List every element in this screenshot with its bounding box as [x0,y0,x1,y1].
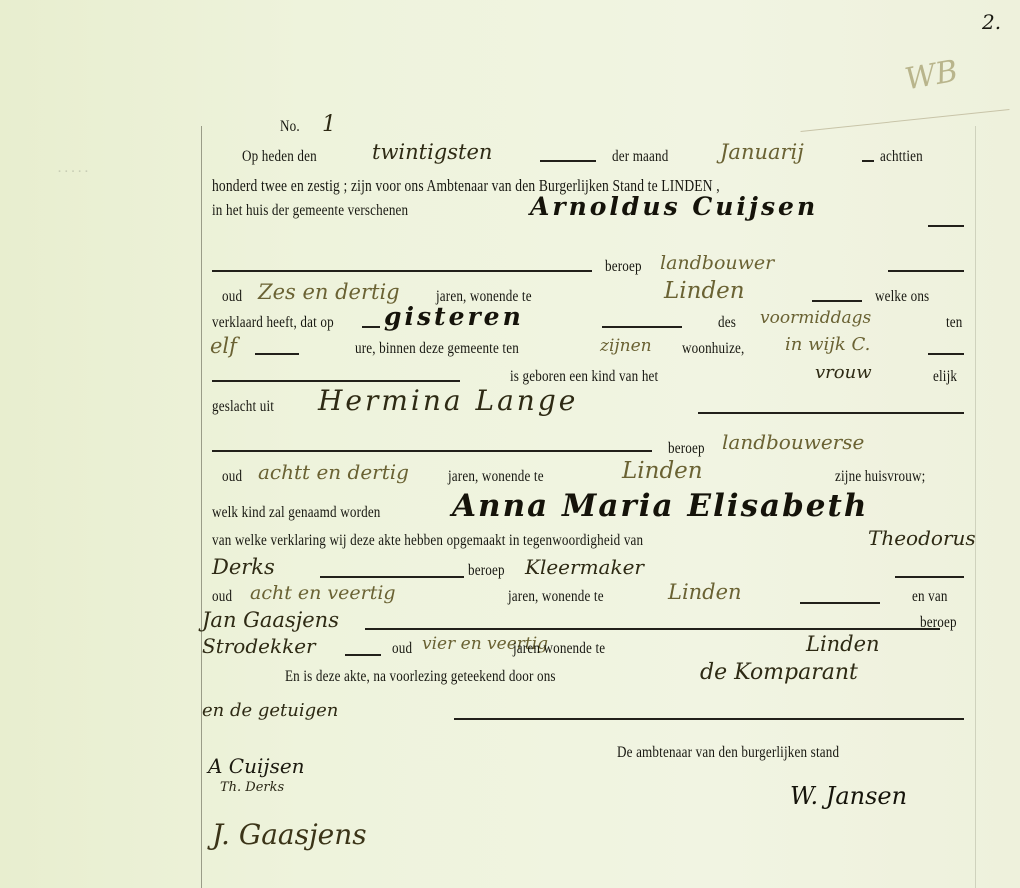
signature-official: W. Jansen [790,782,907,810]
fill-rule [320,576,464,578]
text-beroep: beroep [668,440,705,458]
fill-rule [540,160,596,162]
text-oud: oud [222,288,242,306]
hand-witness1-age: acht en veertig [250,582,396,604]
fill-rule [862,160,874,162]
hand-sex: vrouw [815,362,872,383]
text-der-maand: der maand [612,148,668,166]
fill-rule [365,628,940,630]
fill-rule [212,270,592,272]
text-jaren-wonende: jaren, wonende te [448,468,544,486]
paper-background [0,0,1020,888]
fill-rule [602,326,682,328]
hand-declarant-name: Arnoldus Cuijsen [530,192,818,221]
hand-hour: elf [210,334,237,358]
entry-no-label: No. [280,118,300,136]
hand-address: in wijk C. [785,334,870,355]
hand-time-of-day: voormiddags [760,308,871,328]
hand-witness1-first: Theodorus [868,526,976,550]
text-oud: oud [392,640,412,658]
left-margin-rule [201,126,202,888]
fill-rule [212,380,460,382]
text-verklaard: verklaard heeft, dat op [212,314,334,332]
hand-day: twintigsten [372,140,492,164]
hand-mother-name: Hermina Lange [318,384,578,417]
text-verklaring: van welke verklaring wij deze akte hebbe… [212,532,643,550]
fill-rule [928,225,964,227]
text-beroep: beroep [468,562,505,580]
hand-mother-age: achtt en dertig [258,460,409,484]
signature-declarant: A Cuijsen [208,754,305,778]
signature-witness2: J. Gaasjens [212,818,367,851]
hand-mother-place: Linden [622,458,703,484]
text-geslacht-uit: geslacht uit [212,398,274,416]
text-oud: oud [222,468,242,486]
hand-witness2-occupation: Strodekker [202,634,316,658]
text-beroep: beroep [920,614,957,632]
hand-witness1-occupation: Kleermaker [525,555,644,579]
text-jaren-wonende: jaren, wonende te [508,588,604,606]
fill-rule [454,718,964,720]
text-genaamd: welk kind zal genaamd worden [212,504,381,522]
hand-child-name: Anna Maria Elisabeth [452,488,868,524]
fill-rule [362,326,380,328]
hand-declarant-occupation: landbouwer [660,252,774,274]
fill-rule [345,654,381,656]
fill-rule [698,412,964,414]
signature-witness1: Th. Derks [220,780,284,795]
hand-month: Januarij [720,140,804,164]
text-woonhuize: woonhuize, [682,340,744,358]
hand-declarant-age: Zes en dertig [258,280,400,304]
hand-pronoun: zijnen [600,336,652,356]
text-oud: oud [212,588,232,606]
text-achttien: achttien [880,148,923,166]
fill-rule [812,300,862,302]
hand-witness1-place: Linden [668,580,742,604]
page-number: 2. [982,10,1001,34]
fill-rule [888,270,964,272]
bleed-through-text: · · · · · [58,166,89,178]
text-verschenen: in het huis der gemeente verschenen [212,202,408,220]
official-label: De ambtenaar van den burgerlijken stand [617,744,839,762]
text-geteekend: En is deze akte, na voorlezing geteekend… [285,668,556,686]
text-ten: ten [946,314,963,332]
hand-mother-occupation: landbouwerse [722,430,864,454]
hand-witness1-last: Derks [212,555,275,579]
fill-rule [895,576,964,578]
hand-birth-day: gisteren [384,302,524,331]
fill-rule [800,602,880,604]
text-op-heden: Op heden den [242,148,317,166]
hand-signers-2: en de getuigen [202,700,338,721]
text-beroep: beroep [605,258,642,276]
text-welke-ons: welke ons [875,288,929,306]
text-zijne-huisvrouw: zijne huisvrouw; [835,468,925,486]
hand-declarant-place: Linden [664,278,745,304]
text-ure-binnen: ure, binnen deze gemeente ten [355,340,519,358]
hand-witness2-name: Jan Gaasjens [202,608,339,632]
entry-no: 1 [322,112,336,137]
right-margin-rule [975,126,976,888]
fill-rule [928,353,964,355]
fill-rule [255,353,299,355]
hand-witness2-place: Linden [806,632,880,656]
text-elijk: elijk [933,368,957,386]
text-en-van: en van [912,588,948,606]
hand-signers-1: de Komparant [700,660,858,685]
fill-rule [212,450,652,452]
text-des: des [718,314,736,332]
text-jaren-wonende: jaren wonende te [513,640,605,658]
